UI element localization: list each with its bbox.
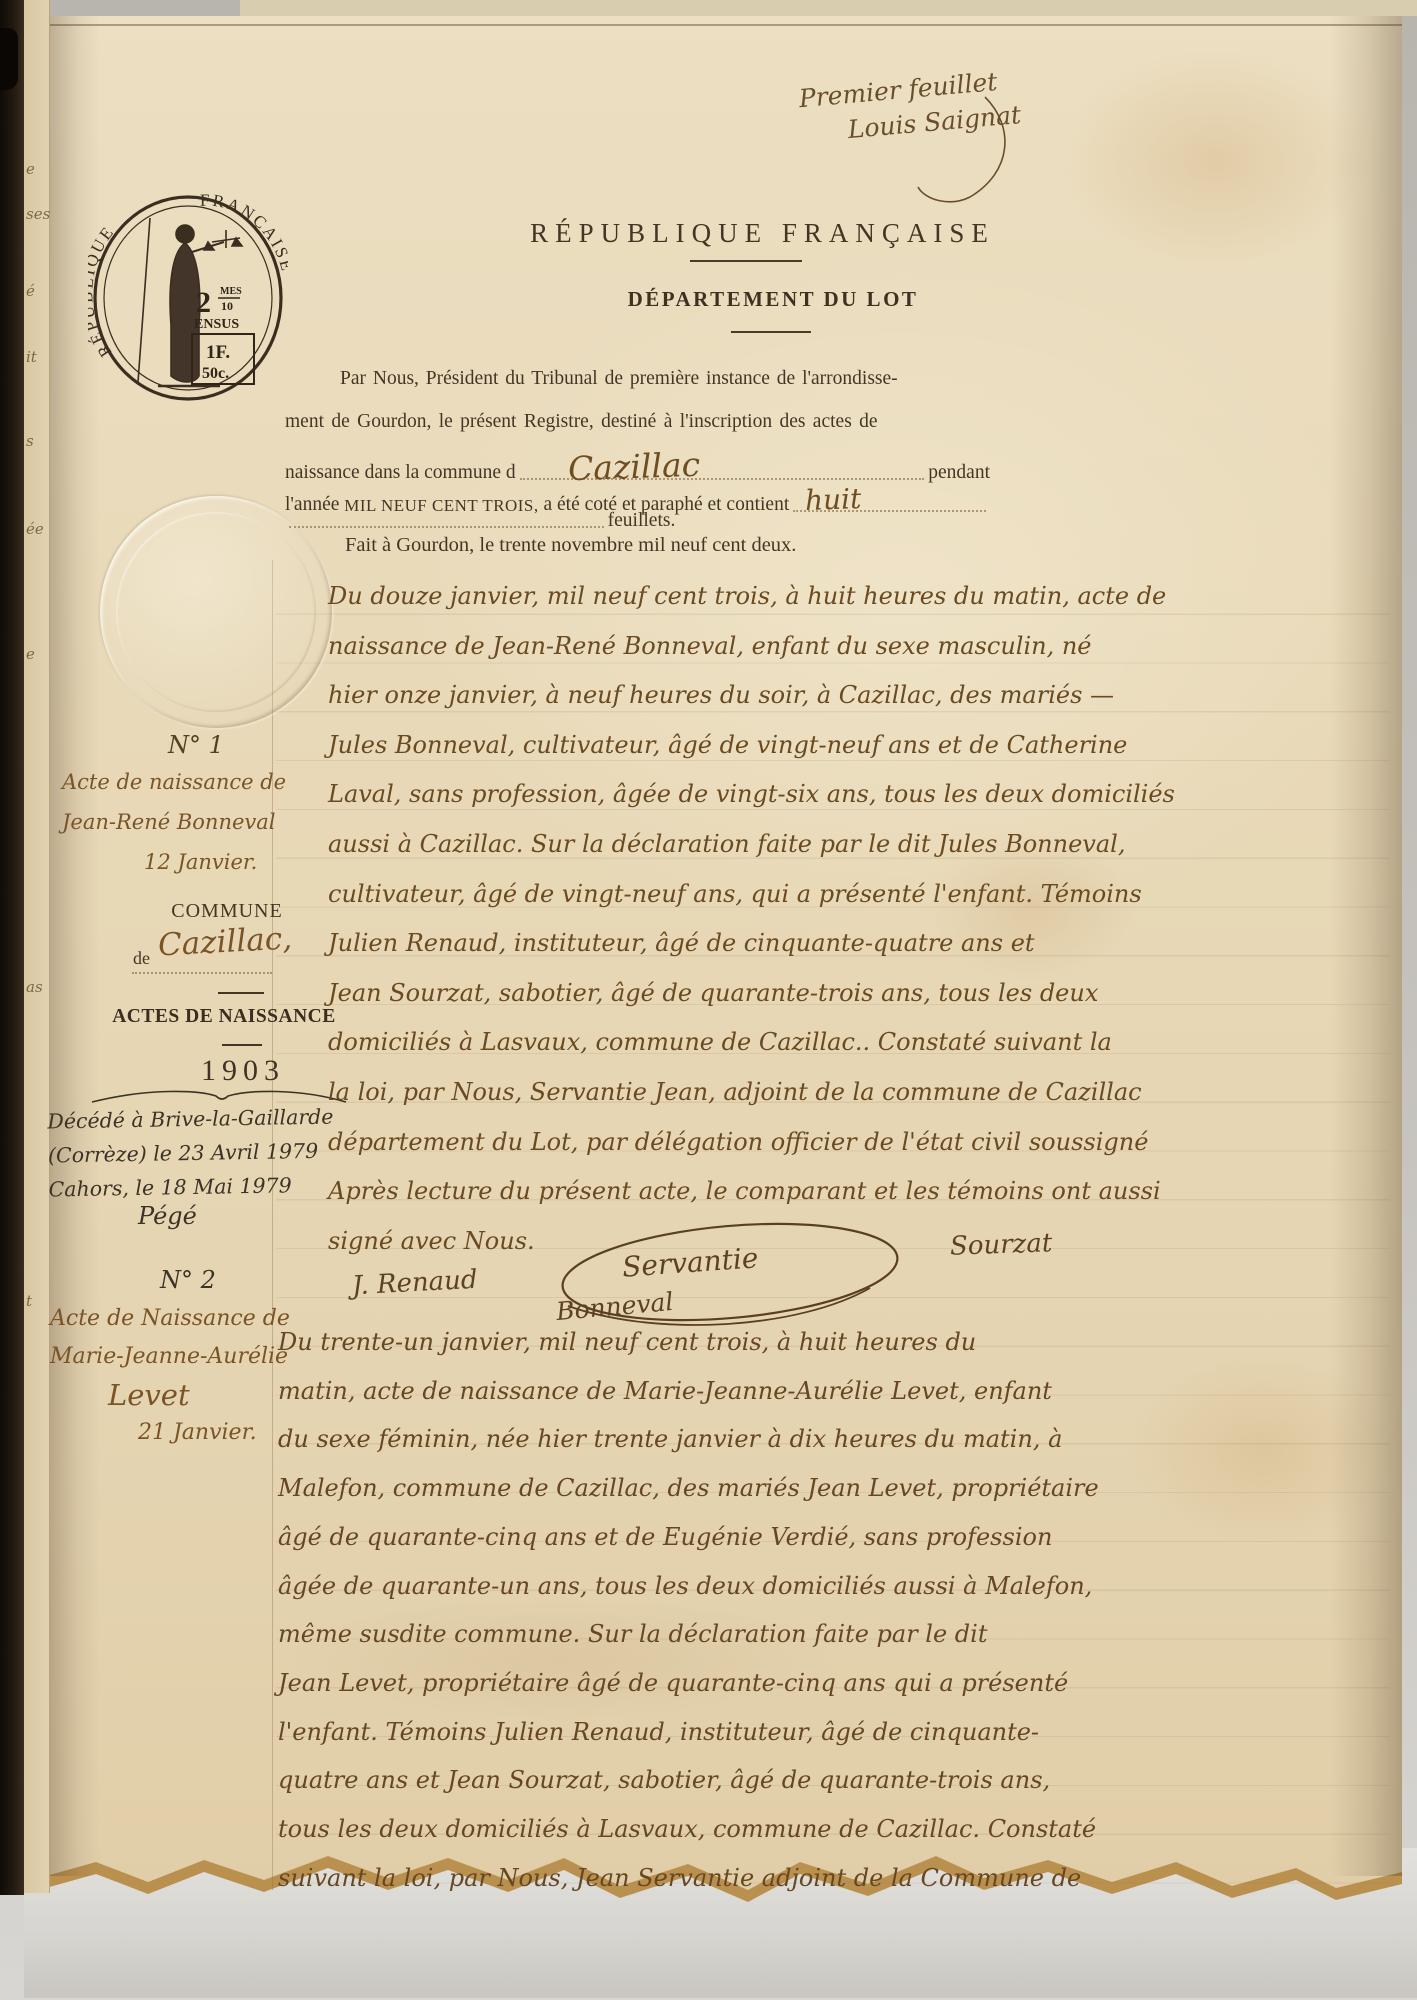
- commune-de: de: [133, 948, 150, 969]
- act2-line: même susdite commune. Sur la déclaration…: [278, 1610, 1073, 1659]
- act2-line: âgé de quarante-cinq ans et de Eugénie V…: [278, 1513, 1073, 1562]
- margin-note-line: 12 Janvier.: [144, 842, 286, 882]
- svg-text:50c.: 50c.: [202, 365, 229, 382]
- embossed-seal-inner-ring: [116, 512, 316, 712]
- margin-note-line: Acte de Naissance de: [50, 1300, 290, 1338]
- act2-line: quatre ans et Jean Sourzat, sabotier, âg…: [278, 1756, 1073, 1805]
- edge-fragment: s: [26, 432, 34, 450]
- edge-fragment: it: [26, 348, 37, 366]
- revenue-stamp: RÉPUBLIQUE FRANÇAISE 2 MES 10 ENSUS 1F. …: [88, 190, 288, 410]
- margin-note-line: Levet: [108, 1376, 290, 1414]
- preamble-line: Par Nous, Président du Tribunal de premi…: [285, 368, 990, 400]
- page-top-fold-line: [46, 24, 1402, 26]
- department-heading: DÉPARTEMENT DU LOT: [543, 287, 1003, 312]
- handwritten-commune-name: Cazillac: [568, 445, 701, 489]
- act2-line: l'enfant. Témoins Julien Renaud, institu…: [278, 1708, 1073, 1757]
- signature-sourzat: Sourzat: [950, 1228, 1053, 1262]
- commune-name-handwritten: Cazillac,: [157, 921, 293, 964]
- scanned-register-page: eseséitséeeast Premier feuillet Louis Sa…: [0, 0, 1417, 2000]
- dotted-fill-line: Cazillac: [520, 478, 925, 480]
- svg-text:ENSUS: ENSUS: [194, 317, 239, 332]
- title-rule: [690, 260, 802, 262]
- svg-text:1F.: 1F.: [206, 342, 230, 363]
- act1-line: la loi, par Nous, Servantie Jean, adjoin…: [328, 1068, 1073, 1118]
- death-note-line: Décédé à Brive-la-Gaillarde: [47, 1100, 334, 1139]
- preamble-date-line: Fait à Gourdon, le trente novembre mil n…: [345, 534, 1050, 566]
- svg-text:RÉPUBLIQUE: RÉPUBLIQUE: [88, 222, 118, 361]
- previous-page-edge: eseséitséeeast: [24, 0, 50, 1893]
- preamble-line: ment de Gourdon, le présent Registre, de…: [285, 411, 990, 443]
- death-note-line: (Corrèze) le 23 Avril 1979: [48, 1134, 335, 1173]
- act1-line: hier onze janvier, à neuf heures du soir…: [328, 671, 1073, 721]
- stamp-text-left: RÉPUBLIQUE: [88, 222, 118, 361]
- edge-fragment: e: [26, 160, 35, 178]
- preamble-printed: pendant: [928, 462, 990, 484]
- separator-rule: [222, 1044, 262, 1046]
- acts-heading: ACTES DE NAISSANCE: [90, 1006, 358, 1028]
- act2-line: Jean Levet, propriétaire âgé de quarante…: [278, 1659, 1073, 1708]
- act2-line: Malefon, commune de Cazillac, des mariés…: [278, 1464, 1073, 1513]
- margin-act-number-1: N° 1: [168, 731, 224, 759]
- act2-line: Du trente-un janvier, mil neuf cent troi…: [278, 1318, 1073, 1367]
- margin-note-line: 21 Janvier.: [138, 1414, 290, 1452]
- edge-fragment: é: [26, 282, 35, 300]
- margin-note-line: Marie-Jeanne-Aurélie: [50, 1338, 290, 1376]
- margin-note-act2: Acte de Naissance deMarie-Jeanne-Aurélie…: [50, 1300, 290, 1452]
- margin-note-line: Acte de naissance de: [62, 762, 286, 802]
- death-note-line: Cahors, le 18 Mai 1979: [48, 1168, 335, 1207]
- act1-line: Après lecture du présent acte, le compar…: [328, 1167, 1073, 1217]
- act1-line: Du douze janvier, mil neuf cent trois, à…: [328, 572, 1073, 622]
- act1-line: Jules Bonneval, cultivateur, âgé de ving…: [328, 721, 1073, 771]
- act2-line: tous les deux domiciliés à Lasvaux, comm…: [278, 1805, 1073, 1854]
- act1-line: cultivateur, âgé de vingt-neuf ans, qui …: [328, 870, 1073, 920]
- stamp-surcharge: 2 MES 10 ENSUS 1F. 50c.: [192, 286, 254, 384]
- register-year: 1903: [178, 1054, 308, 1088]
- margin-act-number-2: N° 2: [160, 1266, 216, 1294]
- act2-line: du sexe féminin, née hier trente janvier…: [278, 1415, 1073, 1464]
- preamble-line-commune: naissance dans la commune d Cazillac pen…: [285, 448, 990, 484]
- edge-fragment: ses: [26, 205, 50, 223]
- act1-line: domiciliés à Lasvaux, commune de Cazilla…: [328, 1018, 1073, 1068]
- spine-tape: [0, 28, 18, 90]
- act2-handwritten-text: Du trente-un janvier, mil neuf cent troi…: [278, 1318, 1073, 1902]
- edge-fragment: ée: [26, 520, 44, 538]
- edge-fragment: t: [26, 1292, 32, 1310]
- book-spine: [0, 0, 24, 1895]
- margin-vertical-rule: [272, 560, 273, 1890]
- death-note-signature: Pégé: [138, 1202, 197, 1230]
- act1-line: département du Lot, par délégation offic…: [328, 1118, 1073, 1168]
- dotted-fill-line: [289, 526, 604, 528]
- margin-note-act1: Acte de naissance deJean-René Bonneval12…: [62, 762, 286, 882]
- margin-death-note: Décédé à Brive-la-Gaillarde(Corrèze) le …: [47, 1100, 335, 1207]
- preamble-line-feuillets: feuillets.: [285, 502, 990, 532]
- act1-line: Jean Sourzat, sabotier, âgé de quarante-…: [328, 969, 1073, 1019]
- preamble-printed: feuillets.: [608, 510, 676, 532]
- department-rule: [731, 331, 811, 333]
- act1-line: Laval, sans profession, âgée de vingt-si…: [328, 770, 1073, 820]
- act2-line: suivant la loi, par Nous, Jean Servantie…: [278, 1854, 1073, 1903]
- page-behind-top-edge: [240, 0, 1417, 16]
- act1-handwritten-text: Du douze janvier, mil neuf cent trois, à…: [328, 572, 1073, 1266]
- act1-line: naissance de Jean-René Bonneval, enfant …: [328, 622, 1073, 672]
- preamble-printed: naissance dans la commune d: [285, 462, 516, 484]
- margin-note-line: Jean-René Bonneval: [62, 802, 286, 842]
- commune-dotted-line: [132, 972, 272, 974]
- svg-text:10: 10: [221, 299, 233, 313]
- commune-label: COMMUNE: [147, 900, 307, 923]
- edge-fragment: as: [26, 978, 43, 996]
- act2-line: matin, acte de naissance de Marie-Jeanne…: [278, 1367, 1073, 1416]
- act2-line: âgée de quarante-un ans, tous les deux d…: [278, 1562, 1073, 1611]
- page-title: RÉPUBLIQUE FRANÇAISE: [480, 218, 1045, 249]
- separator-rule: [218, 992, 264, 994]
- edge-fragment: e: [26, 645, 35, 663]
- svg-text:MES: MES: [220, 286, 242, 297]
- svg-text:2: 2: [196, 286, 211, 319]
- act1-line: aussi à Cazillac. Sur la déclaration fai…: [328, 820, 1073, 870]
- act1-line: Julien Renaud, instituteur, âgé de cinqu…: [328, 919, 1073, 969]
- pen-flourish: [900, 92, 1020, 212]
